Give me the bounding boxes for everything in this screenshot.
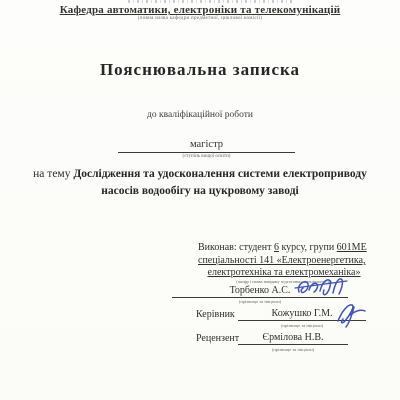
clipped-top-text-fragment bbox=[128, 0, 292, 3]
department-name: Кафедра автоматики, електроніки та телек… bbox=[0, 4, 400, 16]
document-title: Пояснювальна записка bbox=[0, 60, 400, 80]
degree-field: магістр bbox=[118, 139, 295, 153]
executor-name-caption: (прізвище та ініціали) bbox=[172, 299, 348, 304]
theme-line-1: на тему Дослідження та удосконалення сис… bbox=[0, 168, 400, 180]
reviewer-name-caption: (прізвище та ініціали) bbox=[238, 347, 348, 352]
theme-prefix: на тему bbox=[33, 168, 73, 180]
speciality-caption: (шифр і назва напряму підготовки, спеціа… bbox=[198, 279, 370, 284]
degree-caption: (ступінь вищої освіти) bbox=[118, 154, 295, 159]
department-caption: (повна назва кафедри предметної, циклово… bbox=[0, 16, 400, 21]
document-subtitle: до кваліфікаційної роботи bbox=[0, 110, 400, 120]
executor-name: Торбенко А.С. bbox=[230, 285, 291, 296]
theme-line-2: насосів водообігу на цукровому заводі bbox=[0, 185, 400, 197]
supervisor-name: Кожушко Г.М. bbox=[272, 308, 333, 319]
supervisor-name-caption: (прізвище та ініціали) bbox=[238, 323, 366, 328]
executor-speciality-line-1: спеціальності 141 «Електроенергетика, bbox=[198, 255, 378, 266]
title-page: Кафедра автоматики, електроніки та телек… bbox=[0, 0, 400, 400]
reviewer-name-field: Єрмілова Н.В. bbox=[238, 332, 348, 345]
executor-group: 601МЕ bbox=[337, 242, 367, 253]
executor-speciality-line-2: електротехніка та електромеханіка» bbox=[198, 267, 370, 278]
executor-mid: курсу, групи bbox=[279, 242, 337, 253]
supervisor-name-field: Кожушко Г.М. bbox=[238, 308, 366, 321]
theme-text-1: Дослідження та удосконалення системи еле… bbox=[73, 168, 367, 180]
reviewer-name: Єрмілова Н.В. bbox=[263, 332, 324, 343]
executor-name-field: Торбенко А.С. bbox=[172, 285, 348, 298]
degree-value: магістр bbox=[190, 139, 223, 150]
executor-prefix: Виконав: студент bbox=[198, 242, 274, 253]
executor-line-1: Виконав: студент 6 курсу, групи 601МЕ bbox=[198, 242, 378, 253]
